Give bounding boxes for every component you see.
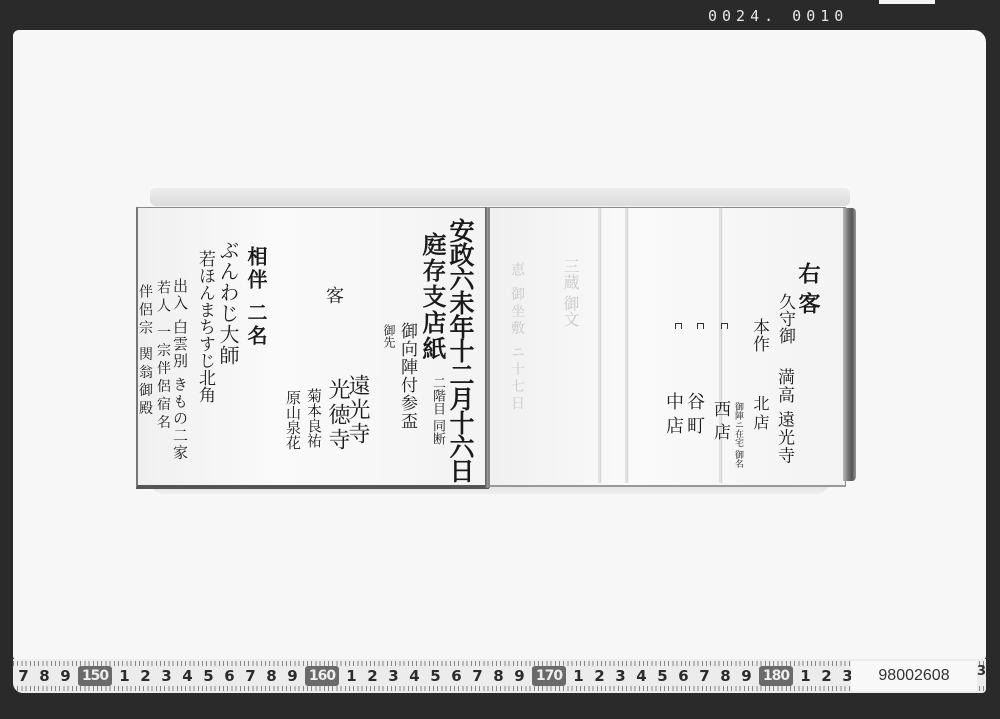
book-fore-edge [843,208,856,481]
ruler-tick-label: 9 [736,666,757,686]
manuscript-line: 若人 一宗伴侶宿名 [156,280,170,432]
ruler-tick-label: 4 [404,666,425,686]
ruler-numbers: 7 8 9 150 1 2 3 4 5 6 7 8 9 160 1 2 3 4 … [13,666,921,686]
frame-counter: 0024. 0010 [708,7,848,25]
guest-heading: 客 [324,286,342,304]
manuscript-line: 御向陣付参盃 [398,322,415,430]
ruler-tick-label: 5 [652,666,673,686]
guest-heading: 右客 [797,262,819,322]
ruler-tick-label: 6 [219,666,240,686]
page-crease [598,208,600,483]
book-shadow [150,188,850,206]
ruler-end-digit: 3 [977,664,986,679]
bleed-through-text: 恵 御坐敷 ニ十七日 [510,262,524,413]
ruler-tick-label: 9 [55,666,76,686]
page-crease [625,208,627,483]
ruler-tick-label: 8 [715,666,736,686]
manuscript-line: 久守御 [776,293,793,344]
bracket-mark [697,323,704,329]
ruler-tick-label: 6 [446,666,467,686]
ruler-tick-label: 4 [631,666,652,686]
ruler-tick-label: 1 [568,666,589,686]
ruler-tick-label: 4 [177,666,198,686]
top-tab [879,0,935,4]
ruler-tick-label: 1 [341,666,362,686]
companion-heading: 相伴 二名 [246,246,266,348]
manuscript-line: 伴侶宗 関翁御殿 [138,284,152,418]
ruler-major-label: 160 [305,666,339,686]
ruler-major-label: 180 [759,666,793,686]
ruler-tick-label: 7 [13,666,34,686]
date-heading: 安政六未年十二月十六日 [448,218,473,482]
ruler-tick-label: 5 [425,666,446,686]
ruler-tick-label: 9 [282,666,303,686]
ruler-major-label: 170 [532,666,566,686]
ruler-tick-label: 2 [135,666,156,686]
guest-name: 菊本良祐 [306,388,321,448]
measuring-ruler: 7 8 9 150 1 2 3 4 5 6 7 8 9 160 1 2 3 4 … [13,659,986,693]
manuscript-annotation: 御先 [383,324,395,348]
guest-name: 満高 遠光寺 [775,368,792,464]
manuscript-line: 出入 白雲別 きもの二家 [172,278,187,462]
ruler-tick-label: 2 [362,666,383,686]
ruler-tick-label: 3 [610,666,631,686]
ruler-tick-label: 1 [795,666,816,686]
ruler-tick-label: 3 [156,666,177,686]
guest-name: 光徳寺 [326,378,348,453]
bleed-through-text: 三蔵 御文 [562,258,578,327]
ruler-tick-label: 7 [467,666,488,686]
bracket-mark [675,323,682,329]
ruler-tick-label: 8 [261,666,282,686]
catalog-id-label: 98002608 [851,661,977,691]
ruler-tick-label: 3 [383,666,404,686]
place-name: 中店 [664,392,682,440]
ruler-tick-label: 2 [589,666,610,686]
ruler-tick-label: 7 [240,666,261,686]
ruler-tick-label: 2 [816,666,837,686]
ruler-major-label: 150 [78,666,112,686]
manuscript-annotation: 二階目 同断 [431,376,444,445]
guest-name: 原山泉花 [285,390,300,450]
ruler-tick-label: 8 [34,666,55,686]
place-name: 北店 [752,395,768,433]
ruler-tick-label: 9 [509,666,530,686]
ruler-tick-label: 7 [694,666,715,686]
manuscript-line: 若ほんまちすじ北角 [196,250,213,403]
ruler-ticks-bottom [13,686,986,691]
place-name: 西店 [711,400,728,446]
manuscript-line: 庭存支店紙 [420,232,444,362]
ruler-tick-label: 1 [114,666,135,686]
ruler-tick-label: 5 [198,666,219,686]
manuscript-line: ぶんわじ大師 [218,240,238,366]
manuscript-annotation: 御陣ニ在宅 御名 [733,402,742,468]
ruler-tick-label: 8 [488,666,509,686]
manuscript-line: 本作 [750,318,767,352]
ruler-tick-label: 6 [673,666,694,686]
bracket-mark [721,323,728,329]
place-name: 谷町 [685,392,703,440]
